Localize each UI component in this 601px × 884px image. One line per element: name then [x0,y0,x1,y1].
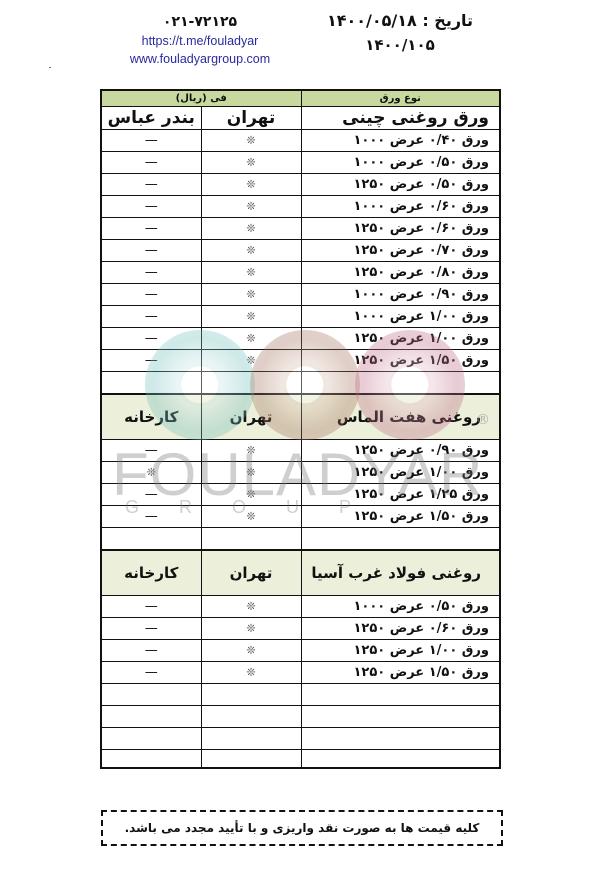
price-tehran: ❊ [201,484,301,506]
section-header: ورق روغنی چینی تهران بندر عباس [101,107,500,130]
price-tehran: ❊ [201,506,301,528]
price-factory: — [101,640,201,662]
blank-row [101,728,500,750]
product-name: ورق ۱/۵۰ عرض ۱۲۵۰ [301,506,500,528]
price-tehran: ❊ [201,130,301,152]
table-row: ورق ۰/۹۰ عرض ۱۰۰۰❊— [101,284,500,306]
price-tehran: ❊ [201,618,301,640]
price-factory: — [101,484,201,506]
price-tehran: ❊ [201,440,301,462]
table-top-header: نوع ورق فی (ریال) [101,90,500,107]
price-tehran: ❊ [201,240,301,262]
price-header: فی (ریال) [101,90,301,107]
col-bandar-abbas: بندر عباس [101,107,201,130]
phone-number: ۰۲۱-۷۲۱۲۵ [110,12,290,32]
table-row: ورق ۰/۵۰ عرض ۱۰۰۰❊— [101,152,500,174]
price-other: — [101,328,201,350]
sheet-type-header: نوع ورق [301,90,500,107]
table-row: ورق ۱/۲۵ عرض ۱۲۵۰❊— [101,484,500,506]
table-row: ورق ۱/۵۰ عرض ۱۲۵۰❊— [101,506,500,528]
table-row: ورق ۱/۰۰ عرض ۱۲۵۰❊❊ [101,462,500,484]
price-tehran: ❊ [201,152,301,174]
product-name: ورق ۰/۹۰ عرض ۱۰۰۰ [301,284,500,306]
price-tehran: ❊ [201,640,301,662]
price-factory: ❊ [101,462,201,484]
price-factory: — [101,662,201,684]
table-row: ورق ۰/۸۰ عرض ۱۲۵۰❊— [101,262,500,284]
footer-note: کلیه قیمت ها به صورت نقد واریزی و با تأی… [101,810,503,846]
price-table: نوع ورق فی (ریال) ورق روغنی چینی تهران ب… [100,89,501,769]
website-link[interactable]: www.fouladyargroup.com [110,50,290,68]
telegram-link[interactable]: https://t.me/fouladyar [110,32,290,50]
blank-row [101,528,500,551]
price-tehran: ❊ [201,284,301,306]
table-row: ورق ۰/۶۰ عرض ۱۰۰۰❊— [101,196,500,218]
table-row: ورق ۰/۶۰ عرض ۱۲۵۰❊— [101,618,500,640]
col-factory: کارخانه [101,550,201,596]
price-other: — [101,174,201,196]
table-row: ورق ۰/۶۰ عرض ۱۲۵۰❊— [101,218,500,240]
price-tehran: ❊ [201,218,301,240]
table-row: ورق ۱/۰۰ عرض ۱۲۵۰❊— [101,640,500,662]
price-other: — [101,262,201,284]
product-name: ورق ۱/۲۵ عرض ۱۲۵۰ [301,484,500,506]
col-tehran: تهران [201,550,301,596]
table-row: ورق ۰/۷۰ عرض ۱۲۵۰❊— [101,240,500,262]
price-factory: — [101,506,201,528]
product-name: ورق ۰/۷۰ عرض ۱۲۵۰ [301,240,500,262]
product-name: ورق ۱/۰۰ عرض ۱۲۵۰ [301,640,500,662]
section-title: روغنی فولاد غرب آسیا [301,550,500,596]
contact-block: ۰۲۱-۷۲۱۲۵ https://t.me/fouladyar www.fou… [110,12,290,68]
price-tehran: ❊ [201,196,301,218]
table-row: ورق ۰/۵۰ عرض ۱۰۰۰❊— [101,596,500,618]
blank-row [101,706,500,728]
registered-mark: ® [476,412,490,428]
section-header: روغنی فولاد غرب آسیا تهران کارخانه [101,550,500,596]
product-name: ورق ۰/۹۰ عرض ۱۲۵۰ [301,440,500,462]
price-other: — [101,152,201,174]
product-name: ورق ۰/۸۰ عرض ۱۲۵۰ [301,262,500,284]
product-name: ورق ۰/۶۰ عرض ۱۰۰۰ [301,196,500,218]
price-other: — [101,240,201,262]
table-row: ورق ۰/۵۰ عرض ۱۲۵۰❊— [101,174,500,196]
table-row: ورق ۱/۰۰ عرض ۱۰۰۰❊— [101,306,500,328]
section-header: روغنی هفت الماس تهران کارخانه [101,394,500,440]
price-other: — [101,306,201,328]
price-tehran: ❊ [201,662,301,684]
price-other: — [101,350,201,372]
price-tehran: ❊ [201,174,301,196]
price-other: — [101,218,201,240]
product-name: ورق ۰/۶۰ عرض ۱۲۵۰ [301,218,500,240]
product-name: ورق ۰/۶۰ عرض ۱۲۵۰ [301,618,500,640]
price-factory: — [101,596,201,618]
product-name: ورق ۰/۵۰ عرض ۱۰۰۰ [301,596,500,618]
price-other: — [101,284,201,306]
table-row: ورق ۰/۹۰ عرض ۱۲۵۰❊— [101,440,500,462]
scan-dot [49,67,51,68]
price-tehran: ❊ [201,596,301,618]
product-name: ورق ۰/۵۰ عرض ۱۰۰۰ [301,152,500,174]
price-other: — [101,196,201,218]
blank-row [101,750,500,769]
product-name: ورق ۱/۵۰ عرض ۱۲۵۰ [301,350,500,372]
price-tehran: ❊ [201,262,301,284]
product-name: ورق ۱/۰۰ عرض ۱۰۰۰ [301,306,500,328]
price-factory: — [101,618,201,640]
date-block: تاریخ : ۱۴۰۰/۰۵/۱۸ ۱۴۰۰/۱۰۵ [320,10,480,56]
blank-row [101,684,500,706]
col-tehran: تهران [201,107,301,130]
col-factory: کارخانه [101,394,201,440]
product-name: ورق ۱/۰۰ عرض ۱۲۵۰ [301,328,500,350]
price-tehran: ❊ [201,328,301,350]
price-tehran: ❊ [201,462,301,484]
product-name: ورق ۱/۰۰ عرض ۱۲۵۰ [301,462,500,484]
price-tehran: ❊ [201,306,301,328]
table-row: ورق ۱/۵۰ عرض ۱۲۵۰❊— [101,350,500,372]
table-row: ورق ۰/۴۰ عرض ۱۰۰۰❊— [101,130,500,152]
reference-number: ۱۴۰۰/۱۰۵ [320,34,480,56]
section-title: روغنی هفت الماس [301,394,500,440]
price-tehran: ❊ [201,350,301,372]
price-other: — [101,130,201,152]
product-name: ورق ۱/۵۰ عرض ۱۲۵۰ [301,662,500,684]
product-name: ورق ۰/۵۰ عرض ۱۲۵۰ [301,174,500,196]
table-row: ورق ۱/۰۰ عرض ۱۲۵۰❊— [101,328,500,350]
col-tehran: تهران [201,394,301,440]
price-factory: — [101,440,201,462]
product-name: ورق ۰/۴۰ عرض ۱۰۰۰ [301,130,500,152]
section-title: ورق روغنی چینی [301,107,500,130]
blank-row [101,372,500,395]
table-row: ورق ۱/۵۰ عرض ۱۲۵۰❊— [101,662,500,684]
date-label: تاریخ : ۱۴۰۰/۰۵/۱۸ [320,10,480,32]
